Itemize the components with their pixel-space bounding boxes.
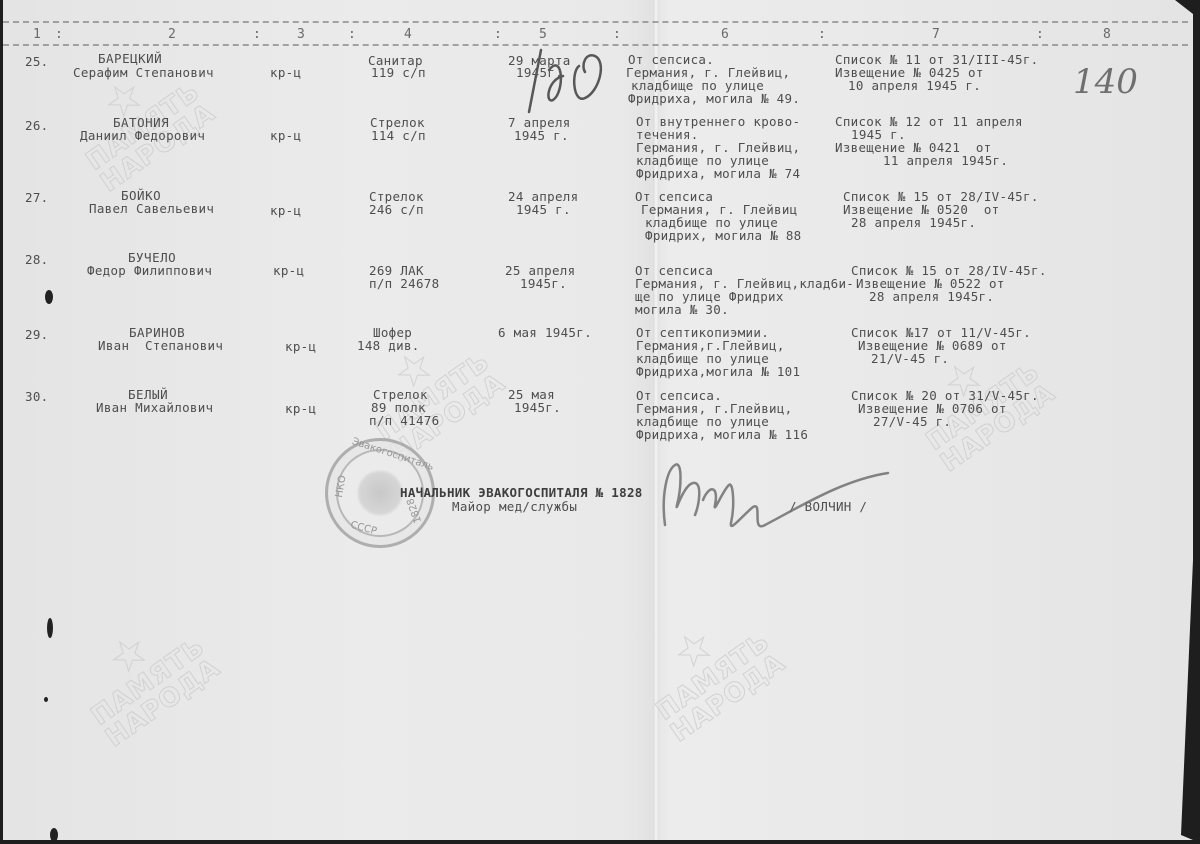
col-separator: : xyxy=(348,27,356,42)
watermark: ★ПАМЯТЬНАРОДА xyxy=(64,600,225,751)
cause-line: Фридриха, могила № 49. xyxy=(628,93,800,106)
stamp-bottom-text: СССР xyxy=(349,520,378,538)
col-header-2: 2 xyxy=(168,27,176,42)
date-line: 1945 г. xyxy=(516,204,571,217)
rank: кр-ц xyxy=(285,403,316,416)
col-header-6: 6 xyxy=(721,27,729,42)
punch-hole xyxy=(44,697,48,702)
cause-line: Фридрих, могила № 88 xyxy=(645,230,802,243)
document-page: ★ПАМЯТЬНАРОДА ★ПАМЯТЬНАРОДА ★ПАМЯТЬНАРОД… xyxy=(3,0,1193,840)
row-number: 28. xyxy=(25,254,48,267)
col-header-3: 3 xyxy=(297,27,305,42)
col-separator: : xyxy=(818,27,826,42)
given-names: Иван Степанович xyxy=(98,340,223,353)
position-line: 114 с/п xyxy=(371,130,426,143)
handwritten-number-160 xyxy=(523,42,623,114)
col-separator: : xyxy=(253,27,261,42)
position-line: 148 див. xyxy=(357,340,420,353)
col-header-7: 7 xyxy=(932,27,940,42)
cause-line: могила № 30. xyxy=(635,304,729,317)
col-separator: : xyxy=(494,27,502,42)
col-header-4: 4 xyxy=(404,27,412,42)
date-line: 1945г. xyxy=(514,402,561,415)
cause-line: Фридриха, могила № 74 xyxy=(636,168,800,181)
col-header-8: 8 xyxy=(1103,27,1111,42)
given-names: Иван Михайлович xyxy=(96,402,213,415)
given-names: Федор Филиппович xyxy=(87,265,212,278)
given-names: Даниил Федорович xyxy=(80,130,205,143)
handwritten-number-140: 140 xyxy=(1073,62,1138,102)
handwritten-signature xyxy=(653,445,893,540)
punch-hole xyxy=(45,290,53,304)
signatory-title: НАЧАЛЬНИК ЭВАКОГОСПИТАЛЯ № 1828 xyxy=(400,487,643,500)
position-line: п/п 41476 xyxy=(369,415,439,428)
row-number: 29. xyxy=(25,329,48,342)
row-number: 26. xyxy=(25,120,48,133)
stamp-number: 1828 xyxy=(405,497,424,525)
notice-line: 21/V-45 г. xyxy=(871,353,949,366)
rank: кр-ц xyxy=(270,205,301,218)
row-number: 30. xyxy=(25,391,48,404)
position-line: 119 с/п xyxy=(371,67,426,80)
col-separator: : xyxy=(55,27,63,42)
cause-line: Фридриха, могила № 116 xyxy=(636,429,808,442)
cause-line: Фридриха,могила № 101 xyxy=(636,366,800,379)
given-names: Павел Савельевич xyxy=(89,203,214,216)
rank: кр-ц xyxy=(273,265,304,278)
punch-hole xyxy=(47,618,53,638)
notice-line: 28 апреля 1945г. xyxy=(851,217,976,230)
punch-hole xyxy=(50,828,58,842)
notice-line: 28 апреля 1945г. xyxy=(869,291,994,304)
row-number: 25. xyxy=(25,56,48,69)
col-header-1: 1 xyxy=(33,27,41,42)
stamp-left-text: НКО xyxy=(334,474,349,498)
position-line: п/п 24678 xyxy=(369,278,439,291)
notice-line: 11 апреля 1945г. xyxy=(883,155,1008,168)
stamp-emblem xyxy=(356,469,404,517)
surname: БАРЕЦКИЙ xyxy=(98,53,162,66)
date-line: 6 мая 1945г. xyxy=(498,327,592,340)
given-names: Серафим Степанович xyxy=(73,67,214,80)
header-rule-top xyxy=(3,21,1188,23)
date-line: 1945г. xyxy=(520,278,567,291)
col-separator: : xyxy=(613,27,621,42)
rank: кр-ц xyxy=(270,130,301,143)
col-header-5: 5 xyxy=(539,27,547,42)
notice-line: 27/V-45 г. xyxy=(873,416,951,429)
signatory-rank: Майор мед/службы xyxy=(452,501,577,514)
row-number: 27. xyxy=(25,192,48,205)
position-line: 246 с/п xyxy=(369,204,424,217)
rank: кр-ц xyxy=(285,341,316,354)
notice-line: 10 апреля 1945 г. xyxy=(848,80,981,93)
rank: кр-ц xyxy=(270,67,301,80)
col-separator: : xyxy=(1036,27,1044,42)
date-line: 1945 г. xyxy=(514,130,569,143)
